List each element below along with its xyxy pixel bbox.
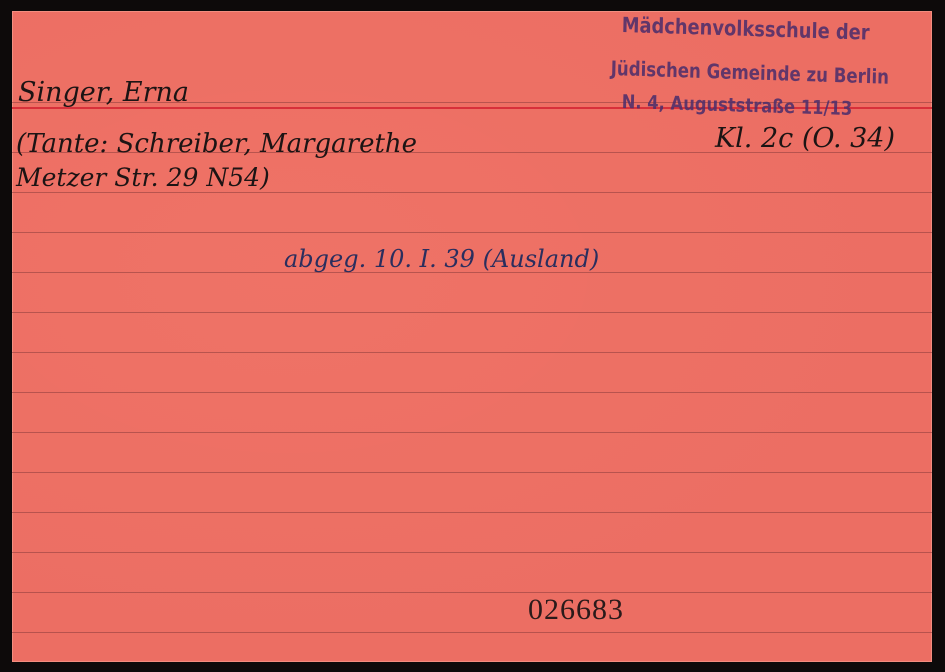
card-number: 026683 (528, 593, 624, 627)
school-stamp-line3: N. 4, Auguststraße 11/13 (622, 91, 853, 120)
ruled-line (12, 352, 932, 353)
ruled-line (12, 232, 932, 233)
address-line: Metzer Str. 29 N54) (16, 163, 270, 192)
student-name: Singer, Erna (18, 77, 189, 108)
departure-note: abgeg. 10. I. 39 (Ausland) (284, 245, 599, 273)
ruled-line (12, 392, 932, 393)
ruled-line (12, 592, 932, 593)
ruled-line (12, 312, 932, 313)
ruled-line (12, 512, 932, 513)
school-stamp-line1: Mädchenvolksschule der (621, 13, 869, 45)
ruled-line (12, 192, 932, 193)
ruled-line (12, 432, 932, 433)
ruled-line (12, 632, 932, 633)
guardian-line: (Tante: Schreiber, Margarethe (16, 129, 417, 159)
school-stamp-line2: Jüdischen Gemeinde zu Berlin (610, 56, 889, 89)
class-note: Kl. 2c (O. 34) (715, 123, 895, 154)
ruled-line (12, 552, 932, 553)
index-card: Mädchenvolksschule der Jüdischen Gemeind… (12, 11, 932, 662)
ruled-line (12, 472, 932, 473)
